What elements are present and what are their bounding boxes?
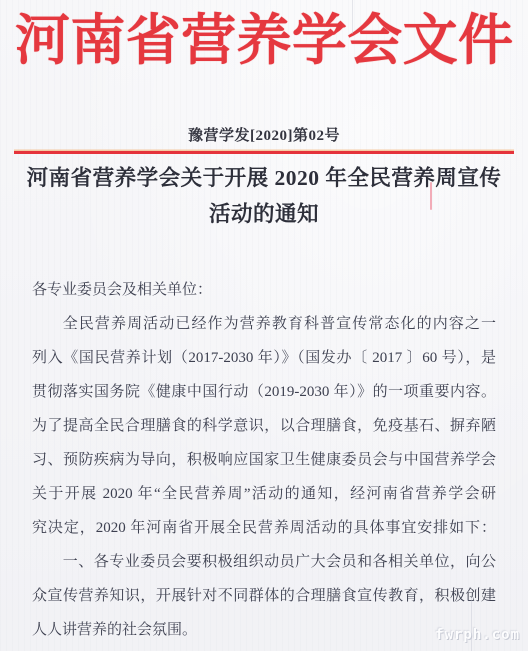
body-line: 全民营养周活动已经作为营养教育科普宣传常态化的内容之一 (32, 307, 496, 341)
document-title: 河南省营养学会关于开展 2020 年全民营养周宣传 活动的通知 (0, 160, 528, 232)
document-body: 各专业委员会及相关单位： 全民营养周活动已经作为营养教育科普宣传常态化的内容之一… (32, 273, 496, 647)
document-number: 豫营学发[2020]第02号 (0, 127, 528, 145)
scan-artifact-mark (430, 182, 432, 210)
body-line: 列入《国民营养计划（2017-2030 年）》（国发办〔 2017 〕60 号）… (32, 341, 496, 375)
letterhead-title: 河南省营养学会文件 (0, 4, 528, 78)
scanned-document-page: 河南省营养学会文件 豫营学发[2020]第02号 河南省营养学会关于开展 202… (0, 0, 528, 651)
body-line: 众宣传营养知识，开展针对不同群体的合理膳食宣传教育，积极创建 (32, 579, 496, 613)
watermark-text: fwrph.com (435, 627, 520, 643)
red-separator-line (14, 151, 514, 154)
body-line: 习、预防疾病为导向，积极响应国家卫生健康委员会与中国营养学会 (32, 443, 496, 477)
document-title-line1: 河南省营养学会关于开展 2020 年全民营养周宣传 (0, 160, 528, 196)
document-title-line2: 活动的通知 (0, 196, 528, 232)
body-line: 究决定，2020 年河南省开展全民营养周活动的具体事宜安排如下： (32, 511, 496, 545)
body-line: 关于开展 2020 年“全民营养周”活动的通知，经河南省营养学会研 (32, 477, 496, 511)
body-line: 人人讲营养的社会氛围。 (32, 613, 496, 647)
body-line: 为了提高全民合理膳食的科学意识，以合理膳食，免疫基石、摒弃陋 (32, 409, 496, 443)
body-line: 一、各专业委员会要积极组织动员广大会员和各相关单位，向公 (32, 545, 496, 579)
paper-crease (352, 0, 353, 34)
body-line: 贯彻落实国务院《健康中国行动（2019-2030 年）》的一项重要内容。 (32, 375, 496, 409)
salutation-line: 各专业委员会及相关单位： (32, 273, 496, 307)
